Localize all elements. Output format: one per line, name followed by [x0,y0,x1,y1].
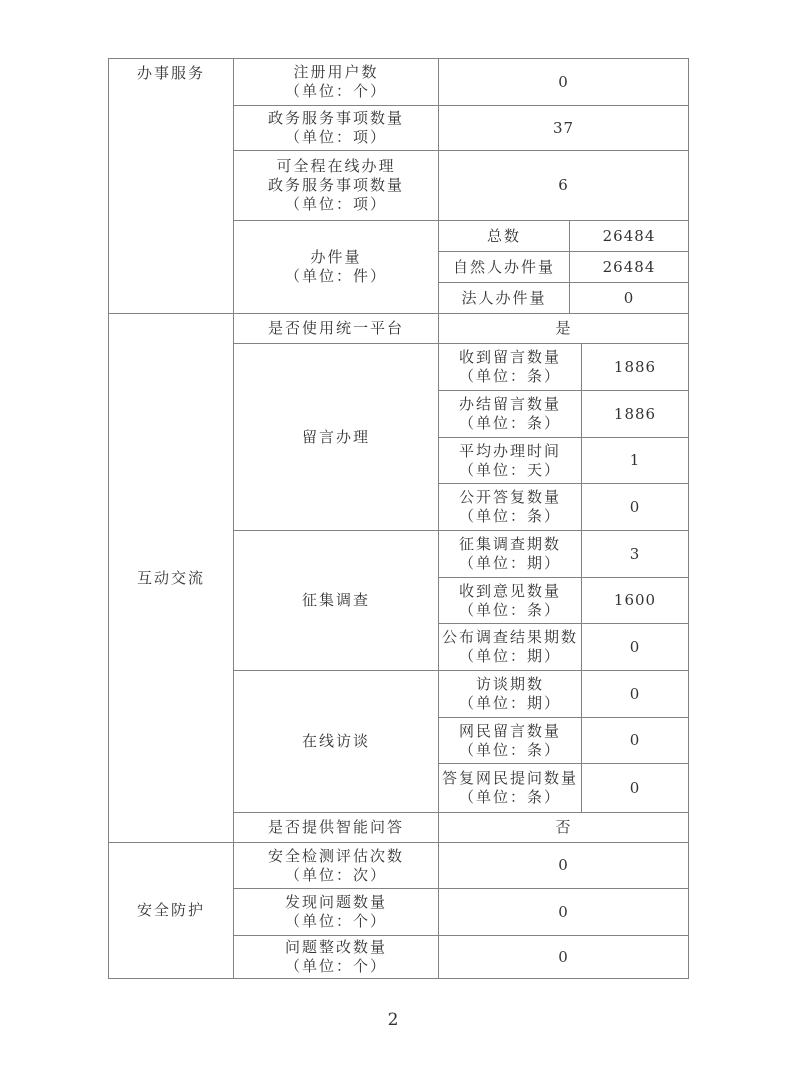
subitem-label-cell: 网民留言数量 （单位：条） [439,718,582,764]
value-cell: 0 [582,484,689,531]
item-label-cell: 留言办理 [234,344,439,531]
subitem-label: 收到意见数量 [440,582,580,601]
item-unit: （单位：项） [235,128,437,147]
value-cell: 6 [439,151,689,221]
item-label-cell: 注册用户数 （单位：个） [234,59,439,106]
value-cell: 0 [439,843,689,889]
subitem-label: 网民留言数量 [440,722,580,741]
subitem-label-cell: 平均办理时间 （单位：天） [439,438,582,484]
subitem-label-cell: 收到意见数量 （单位：条） [439,578,582,624]
value-cell: 26484 [570,221,689,252]
subitem-label-cell: 自然人办件量 [439,252,570,283]
subitem-label-cell: 答复网民提问数量 （单位：条） [439,764,582,813]
item-label-cell: 是否使用统一平台 [234,314,439,344]
item-label: 注册用户数 [235,63,437,82]
page-number: 2 [0,1010,786,1030]
value-cell: 0 [582,624,689,671]
value-cell: 1886 [582,391,689,438]
item-label-cell: 征集调查 [234,531,439,671]
subitem-label-cell: 公开答复数量 （单位：条） [439,484,582,531]
value-cell: 3 [582,531,689,578]
subitem-label-cell: 公布调查结果期数 （单位：期） [439,624,582,671]
table-row: 安全防护 安全检测评估次数 （单位：次） 0 [109,843,689,889]
item-unit: （单位：件） [235,267,437,286]
item-label-cell: 在线访谈 [234,671,439,813]
item-label-cell: 安全检测评估次数 （单位：次） [234,843,439,889]
item-label: 发现问题数量 [235,893,437,912]
item-label: 政务服务事项数量 [235,109,437,128]
subitem-unit: （单位：条） [440,367,580,386]
item-label: 可全程在线办理 [235,157,437,176]
subitem-unit: （单位：期） [440,554,580,573]
item-label-cell: 问题整改数量 （单位：个） [234,936,439,979]
subitem-label-cell: 法人办件量 [439,283,570,314]
subitem-unit: （单位：条） [440,601,580,620]
subitem-label: 平均办理时间 [440,442,580,461]
subitem-unit: （单位：条） [440,507,580,526]
value-cell: 0 [439,59,689,106]
subitem-label-cell: 收到留言数量 （单位：条） [439,344,582,391]
subitem-label: 办结留言数量 [440,395,580,414]
value-cell: 0 [582,671,689,718]
item-unit: （单位：次） [235,866,437,885]
group-cell-security: 安全防护 [109,843,234,979]
value-cell: 37 [439,106,689,151]
subitem-label: 答复网民提问数量 [440,769,580,788]
item-label: 政务服务事项数量 [235,176,437,195]
subitem-label-cell: 总数 [439,221,570,252]
item-label-cell: 办件量 （单位：件） [234,221,439,314]
group-cell-service: 办事服务 [109,59,234,314]
subitem-label-cell: 访谈期数 （单位：期） [439,671,582,718]
subitem-label: 收到留言数量 [440,348,580,367]
value-cell: 0 [582,764,689,813]
value-cell: 26484 [570,252,689,283]
item-unit: （单位：个） [235,82,437,101]
subitem-label-cell: 征集调查期数 （单位：期） [439,531,582,578]
subitem-unit: （单位：条） [440,741,580,760]
subitem-label: 公布调查结果期数 [440,628,580,647]
item-label: 安全检测评估次数 [235,847,437,866]
subitem-label: 公开答复数量 [440,488,580,507]
table-row: 办事服务 注册用户数 （单位：个） 0 [109,59,689,106]
subitem-unit: （单位：期） [440,694,580,713]
value-cell: 1600 [582,578,689,624]
subitem-label-cell: 办结留言数量 （单位：条） [439,391,582,438]
document-page: 办事服务 注册用户数 （单位：个） 0 政务服务事项数量 （单位：项） 37 可… [0,0,786,1078]
item-label: 办件量 [235,248,437,267]
value-cell: 0 [439,936,689,979]
subitem-label: 征集调查期数 [440,535,580,554]
group-cell-interaction: 互动交流 [109,314,234,843]
statistics-table: 办事服务 注册用户数 （单位：个） 0 政务服务事项数量 （单位：项） 37 可… [108,58,689,979]
item-unit: （单位：个） [235,957,437,976]
subitem-unit: （单位：期） [440,647,580,666]
item-label-cell: 可全程在线办理 政务服务事项数量 （单位：项） [234,151,439,221]
item-label-cell: 政务服务事项数量 （单位：项） [234,106,439,151]
subitem-unit: （单位：天） [440,461,580,480]
value-cell: 是 [439,314,689,344]
value-cell: 0 [439,889,689,936]
item-label-cell: 是否提供智能问答 [234,813,439,843]
value-cell: 1886 [582,344,689,391]
subitem-label: 访谈期数 [440,675,580,694]
item-unit: （单位：项） [235,195,437,214]
item-label: 问题整改数量 [235,938,437,957]
table-row: 互动交流 是否使用统一平台 是 [109,314,689,344]
value-cell: 0 [570,283,689,314]
item-label-cell: 发现问题数量 （单位：个） [234,889,439,936]
value-cell: 1 [582,438,689,484]
value-cell: 否 [439,813,689,843]
item-unit: （单位：个） [235,912,437,931]
value-cell: 0 [582,718,689,764]
subitem-unit: （单位：条） [440,414,580,433]
subitem-unit: （单位：条） [440,788,580,807]
